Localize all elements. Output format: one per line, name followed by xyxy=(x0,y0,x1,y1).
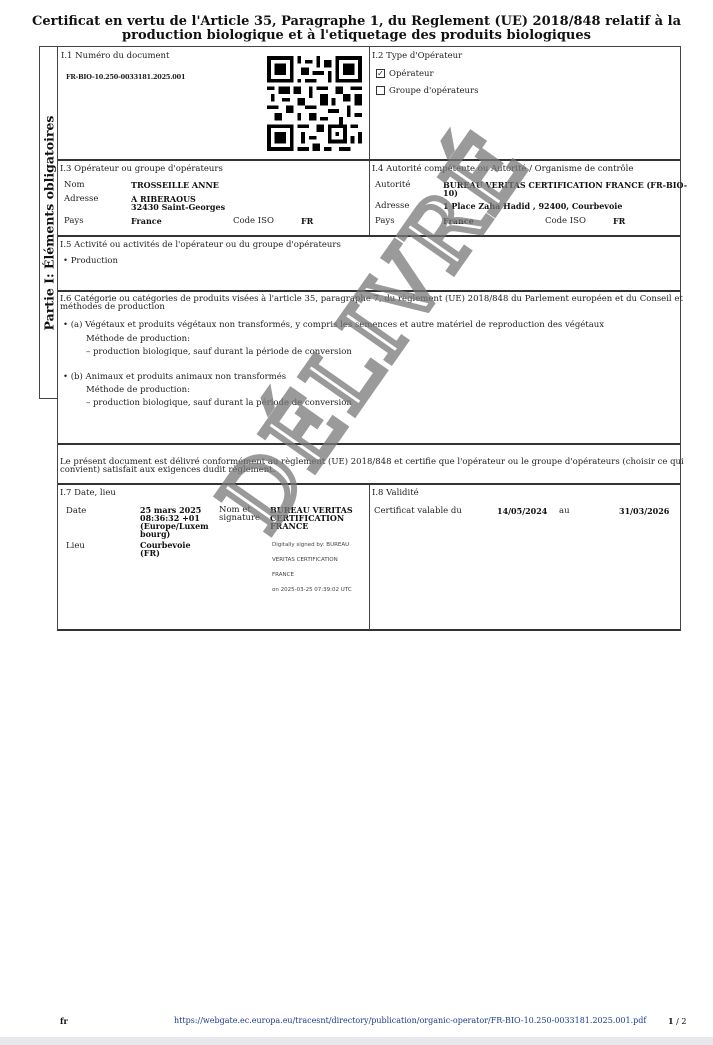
certification-statement: Le présent document est délivré conformé… xyxy=(58,445,680,485)
authority-address: 1 Place Zaha Hadid , 92400, Courbevoie xyxy=(443,202,622,211)
i3-adresse-label: Adresse xyxy=(64,194,98,204)
authority-name-line2: 10) xyxy=(443,189,458,198)
category-b-method-label: Méthode de production: xyxy=(86,385,190,395)
operator-address-line2: 32430 Saint-Georges xyxy=(131,203,225,212)
i8-label: I.8 Validité xyxy=(372,488,419,498)
digital-signature-line2: VERITAS CERTIFICATION xyxy=(272,557,338,563)
page-indicator: 1 / 2 xyxy=(668,1016,686,1026)
category-b-method: – production biologique, sauf durant la … xyxy=(86,398,352,408)
side-tab-part-1: Partie I: Éléments obligatoires xyxy=(39,46,58,399)
section-i6: I.6 Catégorie ou catégories de produits … xyxy=(58,292,680,445)
activity-item: • Production xyxy=(63,256,118,266)
i4-iso-label: Code ISO xyxy=(545,216,586,226)
footer-url-link[interactable]: https://webgate.ec.europa.eu/tracesnt/di… xyxy=(174,1016,646,1025)
authority-name-line1: BUREAU VERITAS CERTIFICATION FRANCE (FR-… xyxy=(443,181,687,190)
issue-place-line2: (FR) xyxy=(140,549,160,558)
page-total: 2 xyxy=(681,1017,686,1026)
issue-date-line4: bourg) xyxy=(140,530,170,539)
valid-from-label: Certificat valable du xyxy=(374,506,462,516)
category-a-method-label: Méthode de production: xyxy=(86,334,190,344)
certificate-title: Certificat en vertu de l'Article 35, Par… xyxy=(20,15,693,43)
signer-line3: FRANCE xyxy=(270,522,308,531)
digital-signature-line1: Digitally signed by: BUREAU xyxy=(272,542,349,548)
side-tab-label: Partie I: Éléments obligatoires xyxy=(42,115,57,330)
footer-language: fr xyxy=(60,1016,68,1026)
category-a-name: • (a) Végétaux et produits végétaux non … xyxy=(63,320,604,330)
i7-nom-label-line2: signature xyxy=(219,514,260,522)
i4-adresse-label: Adresse xyxy=(375,201,409,211)
operator-iso-code: FR xyxy=(301,217,313,226)
valid-to-label: au xyxy=(559,506,570,516)
section-i4: I.4 Autorité compétente ou Autorité / Or… xyxy=(370,161,682,235)
i3-label: I.3 Opérateur ou groupe d'opérateurs xyxy=(60,164,223,174)
authority-iso-code: FR xyxy=(613,217,625,226)
i4-label: I.4 Autorité compétente ou Autorité / Or… xyxy=(372,164,633,174)
operator-group-option-label: Groupe d'opérateurs xyxy=(389,86,478,96)
i3-iso-label: Code ISO xyxy=(233,216,274,226)
row-i7-i8: I.7 Date, lieu Date 25 mars 2025 08:36:3… xyxy=(58,485,680,630)
category-a-method: – production biologique, sauf durant la … xyxy=(86,347,352,357)
category-b-name: • (b) Animaux et produits animaux non tr… xyxy=(63,372,286,382)
certificate-form: I.1 Numéro du document FR-BIO-10.250-003… xyxy=(57,46,681,631)
operator-name: TROSSEILLE ANNE xyxy=(131,181,219,190)
qr-code-icon xyxy=(267,56,362,151)
digital-signature-timestamp: on 2025-03-25 07:39:02 UTC xyxy=(272,587,352,593)
operator-group-checkbox[interactable] xyxy=(376,86,385,95)
section-i5: I.5 Activité ou activités de l'opérateur… xyxy=(58,237,680,292)
document-number[interactable]: FR-BIO-10.250-0033181.2025.001 xyxy=(66,73,185,81)
viewer-bottom-bar xyxy=(0,1037,713,1045)
valid-to-date: 31/03/2026 xyxy=(619,507,669,516)
section-i7: I.7 Date, lieu Date 25 mars 2025 08:36:3… xyxy=(58,485,369,630)
i4-autorite-label: Autorité xyxy=(375,180,410,190)
i3-nom-label: Nom xyxy=(64,180,85,190)
i6-label-line2: méthodes de production xyxy=(60,303,165,311)
operator-option-label: Opérateur xyxy=(389,69,434,79)
operator-checkbox[interactable]: ✓ xyxy=(376,69,385,78)
section-i8: I.8 Validité Certificat valable du 14/05… xyxy=(370,485,682,630)
i7-date-label: Date xyxy=(66,506,86,516)
i4-pays-label: Pays xyxy=(375,216,395,226)
digital-signature-line3: FRANCE xyxy=(272,572,294,578)
section-i2: I.2 Type d'Opérateur ✓ Opérateur Groupe … xyxy=(370,47,682,159)
i1-label: I.1 Numéro du document xyxy=(61,51,169,61)
operator-country: France xyxy=(131,217,162,226)
statement-line2: convient) satisfait aux exigences dudit … xyxy=(60,466,275,474)
valid-from-date: 14/05/2024 xyxy=(497,507,547,516)
row-i1-i2: I.1 Numéro du document FR-BIO-10.250-003… xyxy=(58,47,680,161)
section-i3: I.3 Opérateur ou groupe d'opérateurs Nom… xyxy=(58,161,369,235)
i3-pays-label: Pays xyxy=(64,216,84,226)
i7-lieu-label: Lieu xyxy=(66,541,85,551)
i2-label: I.2 Type d'Opérateur xyxy=(372,51,462,61)
i5-label: I.5 Activité ou activités de l'opérateur… xyxy=(60,240,341,250)
row-i3-i4: I.3 Opérateur ou groupe d'opérateurs Nom… xyxy=(58,161,680,237)
section-i1: I.1 Numéro du document FR-BIO-10.250-003… xyxy=(58,47,369,159)
i7-label: I.7 Date, lieu xyxy=(60,488,116,498)
authority-country: France xyxy=(443,217,474,226)
